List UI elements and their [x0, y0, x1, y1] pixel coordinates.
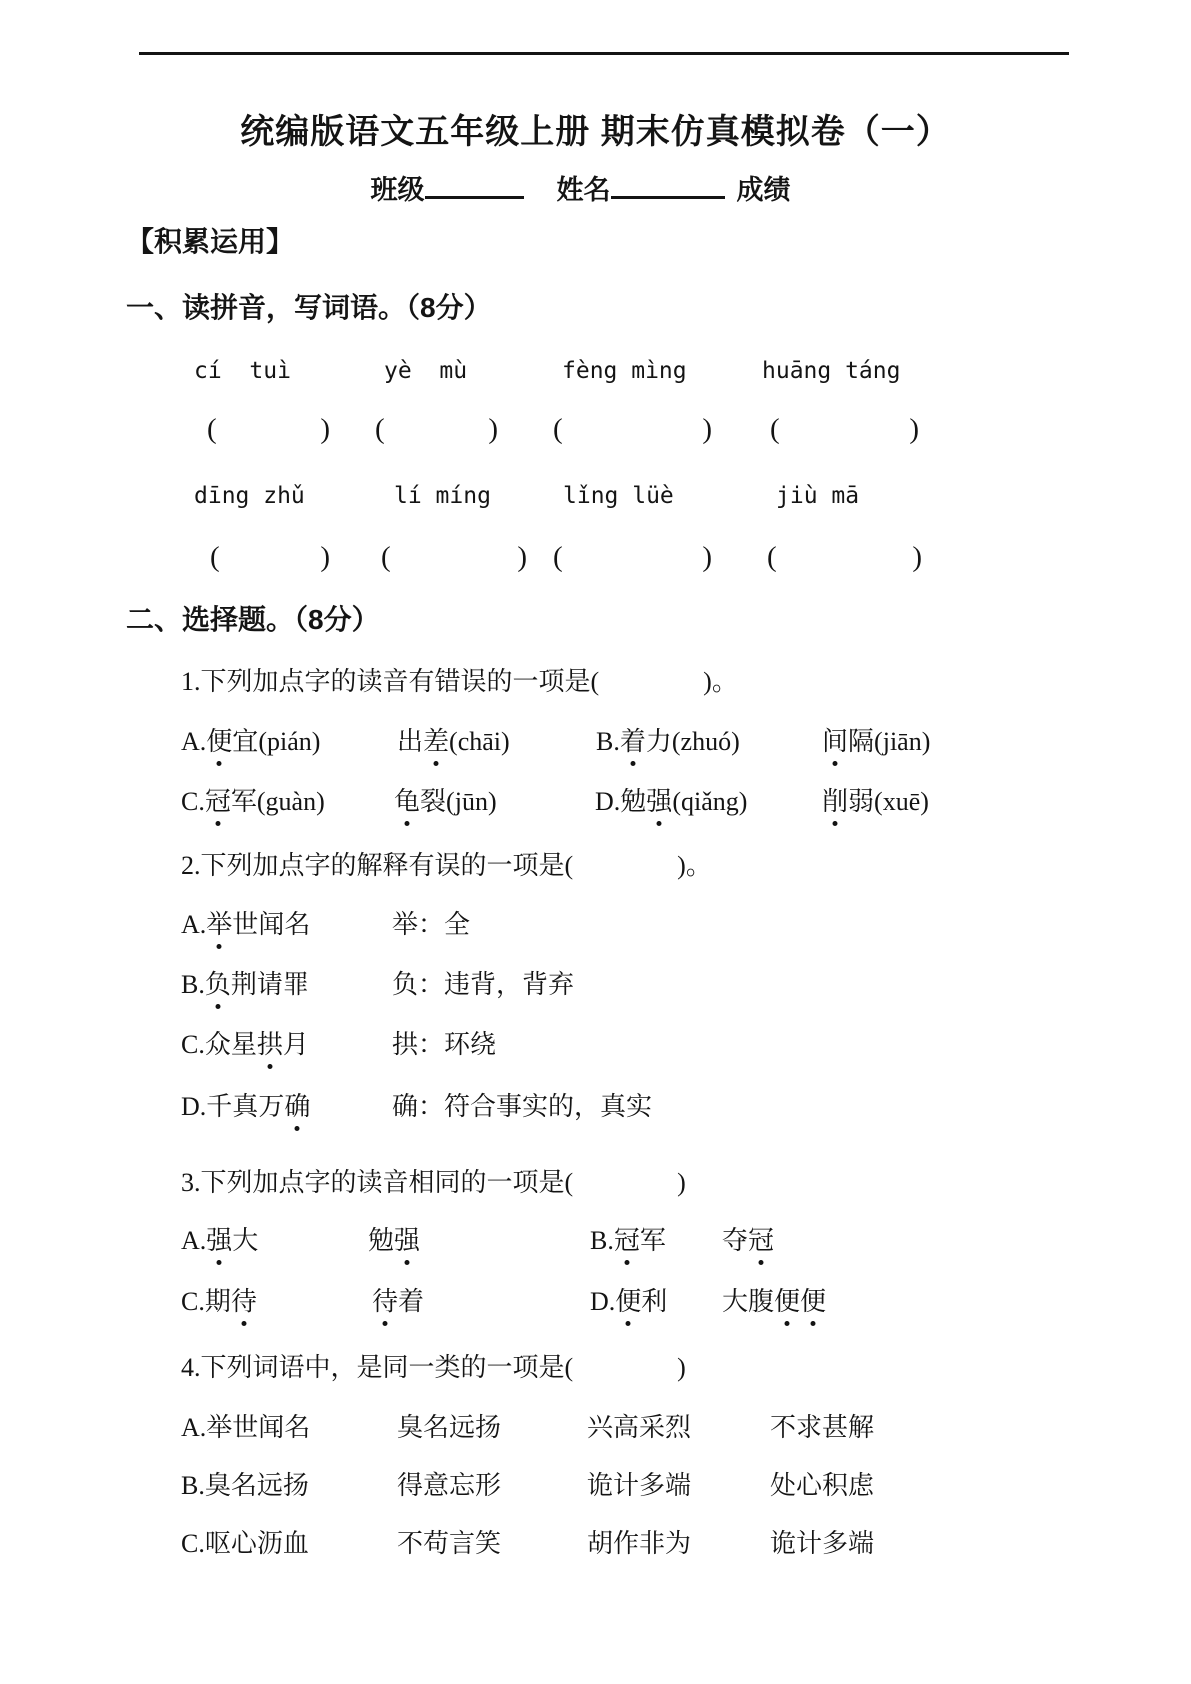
question-stem-4: 4.下列词语中，是同一类的一项是( ): [181, 1351, 686, 1385]
question-stem-2: 2.下列加点字的解释有误的一项是( )。: [181, 849, 712, 883]
paren-open: (: [375, 412, 385, 446]
exam-paper-page: 统编版语文五年级上册 期末仿真模拟卷（一） 班级姓名成绩 【积累运用】 一、读拼…: [0, 0, 1191, 1684]
option-cell: 得意忘形: [397, 1469, 501, 1503]
pinyin-word: lǐng lüè: [563, 481, 674, 511]
class-blank-line: [425, 170, 524, 199]
option-row-q1-cd: C.冠军(guàn) 龟裂(jūn) D.勉强(qiǎng) 削弱(xuē): [0, 785, 1191, 827]
header-rule: [139, 52, 1069, 55]
definition-cell: 举：全: [392, 908, 470, 942]
pinyin-word: lí míng: [394, 481, 491, 511]
score-label: 成绩: [737, 175, 791, 205]
section1-heading: 一、读拼音，写词语。（8分）: [126, 290, 492, 326]
option-row-q2-d: D.千真万确 确：符合事实的，真实: [0, 1090, 1191, 1132]
option-cell: 出差(chāi): [397, 725, 510, 759]
paren-close: ): [909, 412, 919, 446]
paren-open: (: [767, 540, 777, 574]
answer-blank-parens: (): [381, 540, 527, 574]
paren-close: ): [702, 540, 712, 574]
option-cell: 不求甚解: [770, 1411, 874, 1445]
paren-open: (: [210, 540, 220, 574]
answer-blank-parens: (): [375, 412, 498, 446]
option-cell: B.着力(zhuó): [596, 725, 740, 759]
option-row-q3-cd: C.期待 待着 D.便利 大腹便便: [0, 1285, 1191, 1327]
paren-open: (: [553, 540, 563, 574]
name-blank-line: [611, 170, 725, 199]
pinyin-row-2: dīng zhǔ lí míng lǐng lüè jiù mā: [0, 481, 1191, 523]
option-row-q4-a: A.举世闻名 臭名远扬 兴高采烈 不求甚解: [0, 1411, 1191, 1453]
paren-close: ): [702, 412, 712, 446]
section2-heading: 二、选择题。（8分）: [126, 602, 380, 638]
answer-blank-parens: (): [770, 412, 919, 446]
paren-close: ): [320, 412, 330, 446]
option-row-q1-ab: A.便宜(pián) 出差(chāi) B.着力(zhuó) 间隔(jiān): [0, 725, 1191, 767]
option-cell: C.呕心沥血: [181, 1527, 309, 1561]
pinyin-word: huāng táng: [762, 356, 900, 386]
option-cell: C.冠军(guàn): [181, 785, 325, 819]
option-cell: 夺冠: [722, 1224, 774, 1258]
option-cell: 削弱(xuē): [822, 785, 929, 819]
paren-close: ): [488, 412, 498, 446]
pinyin-row-1: cí tuì yè mù fèng mìng huāng táng: [0, 356, 1191, 398]
option-cell: A.便宜(pián): [181, 725, 320, 759]
pinyin-word: cí tuì: [194, 356, 291, 386]
paren-close: ): [320, 540, 330, 574]
option-cell: 龟裂(jūn): [394, 785, 497, 819]
name-label: 姓名: [557, 175, 611, 205]
option-cell: B.臭名远扬: [181, 1469, 309, 1503]
answer-blank-parens: (): [210, 540, 330, 574]
answer-blanks-row-1: () () () (): [0, 412, 1191, 454]
question-stem-3: 3.下列加点字的读音相同的一项是( ): [181, 1166, 686, 1200]
option-row-q4-b: B.臭名远扬 得意忘形 诡计多端 处心积虑: [0, 1469, 1191, 1511]
definition-cell: 确：符合事实的，真实: [392, 1090, 652, 1124]
class-label: 班级: [371, 175, 425, 205]
paren-open: (: [381, 540, 391, 574]
option-row-q2-a: A.举世闻名 举：全: [0, 908, 1191, 950]
option-cell: 诡计多端: [770, 1527, 874, 1561]
answer-blanks-row-2: () () () (): [0, 540, 1191, 582]
paren-close: ): [517, 540, 527, 574]
option-cell: B.冠军: [590, 1224, 666, 1258]
option-cell: 处心积虑: [770, 1469, 874, 1503]
option-cell: C.期待: [181, 1285, 257, 1319]
option-cell: 大腹便便: [722, 1285, 826, 1319]
paren-open: (: [770, 412, 780, 446]
option-row-q4-c: C.呕心沥血 不苟言笑 胡作非为 诡计多端: [0, 1527, 1191, 1569]
pinyin-word: yè mù: [384, 356, 467, 386]
paren-open: (: [207, 412, 217, 446]
option-cell: 勉强: [368, 1224, 420, 1258]
option-cell: C.众星拱月: [181, 1028, 309, 1062]
answer-blank-parens: (): [767, 540, 922, 574]
question-stem-1: 1.下列加点字的读音有错误的一项是( )。: [181, 665, 738, 699]
definition-cell: 负：违背，背弃: [392, 968, 574, 1002]
option-cell: B.负荆请罪: [181, 968, 309, 1002]
option-cell: D.便利: [590, 1285, 667, 1319]
paren-close: ): [912, 540, 922, 574]
option-row-q3-ab: A.强大 勉强 B.冠军 夺冠: [0, 1224, 1191, 1266]
option-cell: 臭名远扬: [397, 1411, 501, 1445]
option-cell: 胡作非为: [587, 1527, 691, 1561]
option-cell: 间隔(jiān): [822, 725, 930, 759]
answer-blank-parens: (): [207, 412, 330, 446]
pinyin-word: jiù mā: [776, 481, 859, 511]
option-row-q2-b: B.负荆请罪 负：违背，背弃: [0, 968, 1191, 1010]
option-row-q2-c: C.众星拱月 拱：环绕: [0, 1028, 1191, 1070]
section-banner: 【积累运用】: [126, 224, 294, 260]
option-cell: 诡计多端: [587, 1469, 691, 1503]
definition-cell: 拱：环绕: [392, 1028, 496, 1062]
option-cell: A.举世闻名: [181, 1411, 310, 1445]
paren-open: (: [553, 412, 563, 446]
option-cell: 不苟言笑: [397, 1527, 501, 1561]
pinyin-word: dīng zhǔ: [194, 481, 305, 511]
pinyin-word: fèng mìng: [562, 356, 687, 386]
option-cell: D.勉强(qiǎng): [595, 785, 747, 819]
answer-blank-parens: (): [553, 540, 712, 574]
option-cell: D.千真万确: [181, 1090, 310, 1124]
option-cell: 兴高采烈: [587, 1411, 691, 1445]
option-cell: A.举世闻名: [181, 908, 310, 942]
answer-blank-parens: (): [553, 412, 712, 446]
option-cell: 待着: [372, 1285, 424, 1319]
page-title: 统编版语文五年级上册 期末仿真模拟卷（一）: [0, 110, 1191, 154]
student-info-row: 班级姓名成绩: [0, 170, 1191, 208]
option-cell: A.强大: [181, 1224, 258, 1258]
